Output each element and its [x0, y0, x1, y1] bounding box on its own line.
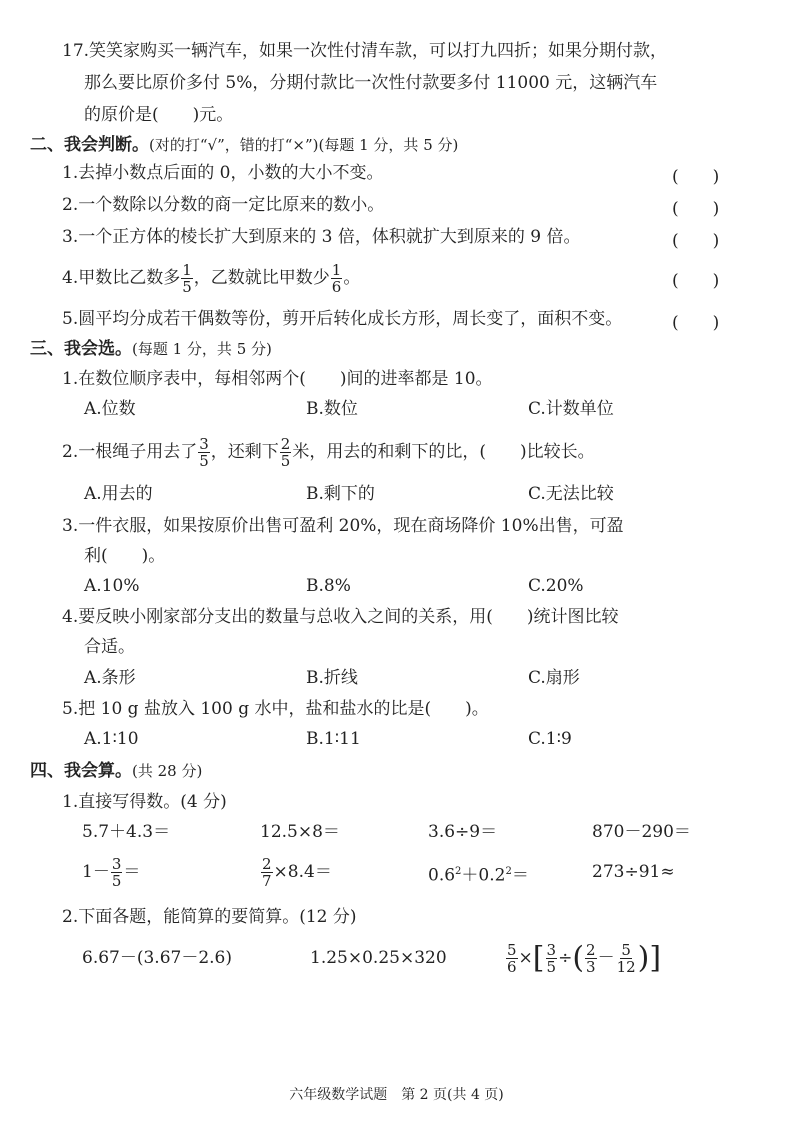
section4-heading: 四、我会算。(共 28 分): [30, 760, 202, 782]
calc-expr: 870－290＝: [592, 821, 691, 843]
choice-q4-option-b[interactable]: B.折线: [306, 667, 358, 689]
fraction: 15: [181, 262, 193, 295]
choice-q3-line1: 3.一件衣服，如果按原价出售可盈利 20%，现在商场降价 10%出售，可盈: [62, 515, 624, 537]
choice-q3-line2: 利( )。: [84, 545, 165, 567]
choice-q4-line1: 4.要反映小刚家部分支出的数量与总收入之间的关系，用( )统计图比较: [62, 606, 618, 628]
fraction: 27: [261, 856, 273, 889]
judge-item-3: 3.一个正方体的棱长扩大到原来的 3 倍，体积就扩大到原来的 9 倍。: [62, 226, 580, 248]
fraction: 23: [585, 942, 597, 975]
choice-q3-option-c[interactable]: C.20%: [528, 575, 584, 597]
calc-expr: 0.62＋0.22＝: [428, 852, 529, 896]
calc-expr: 1－35＝: [82, 852, 140, 892]
choice-q2-option-b[interactable]: B.剩下的: [306, 483, 375, 505]
choice-q1: 1.在数位顺序表中，每相邻两个( )间的进率都是 10。: [62, 368, 493, 390]
choice-q5: 5.把 10 g 盐放入 100 g 水中，盐和盐水的比是( )。: [62, 698, 489, 720]
judge-item-4: 4.甲数比乙数多15，乙数就比甲数少16。: [62, 258, 360, 298]
calc-expr: 1.25×0.25×320: [310, 947, 447, 969]
fraction: 56: [506, 942, 518, 975]
choice-q2: 2.一根绳子用去了35，还剩下25米，用去的和剩下的比，( )比较长。: [62, 432, 595, 472]
section4-note: (共 28 分): [132, 762, 202, 780]
fraction: 16: [331, 262, 343, 295]
judge-item-5: 5.圆平均分成若干偶数等份，剪开后转化成长方形，周长变了，面积不变。: [62, 308, 622, 330]
fraction: 35: [198, 436, 210, 469]
calc-expr: 3.6÷9＝: [428, 821, 497, 843]
choice-q5-option-a[interactable]: A.1∶10: [84, 728, 139, 750]
choice-q1-option-b[interactable]: B.数位: [306, 398, 358, 420]
choice-q4-option-c[interactable]: C.扇形: [528, 667, 580, 689]
choice-q3-option-b[interactable]: B.8%: [306, 575, 351, 597]
choice-q1-option-c[interactable]: C.计数单位: [528, 398, 614, 420]
choice-q5-option-b[interactable]: B.1∶11: [306, 728, 361, 750]
choice-q2-option-c[interactable]: C.无法比较: [528, 483, 614, 505]
section2-heading: 二、我会判断。(对的打“√”，错的打“×”)(每题 1 分，共 5 分): [30, 134, 458, 156]
section3-title: 三、我会选。: [30, 339, 132, 359]
section3-heading: 三、我会选。(每题 1 分，共 5 分): [30, 338, 272, 360]
page-footer: 六年级数学试题 第 2 页(共 4 页): [0, 1084, 793, 1104]
fraction: 512: [616, 942, 637, 975]
calc-part1-title: 1.直接写得数。(4 分): [62, 791, 227, 813]
choice-q2-option-a[interactable]: A.用去的: [84, 483, 153, 505]
choice-q4-line2: 合适。: [84, 636, 135, 658]
section3-note: (每题 1 分，共 5 分): [132, 340, 272, 358]
choice-q1-option-a[interactable]: A.位数: [84, 398, 136, 420]
q17-line1: 17.笑笑家购买一辆汽车，如果一次性付清车款，可以打九四折；如果分期付款，: [62, 40, 667, 62]
judge-item-2: 2.一个数除以分数的商一定比原来的数小。: [62, 194, 384, 216]
section2-note: (对的打“√”，错的打“×”)(每题 1 分，共 5 分): [149, 136, 458, 154]
judge-answer-4[interactable]: ( ): [672, 266, 719, 291]
section4-title: 四、我会算。: [30, 761, 132, 781]
fraction: 35: [111, 856, 123, 889]
calc-expr: 5.7＋4.3＝: [82, 821, 170, 843]
judge-answer-1[interactable]: ( ): [672, 162, 719, 187]
choice-q4-option-a[interactable]: A.条形: [84, 667, 136, 689]
choice-q3-option-a[interactable]: A.10%: [84, 575, 139, 597]
judge-item-1: 1.去掉小数点后面的 0，小数的大小不变。: [62, 162, 383, 184]
calc-expr: 27×8.4＝: [260, 852, 332, 892]
calc-expr: 273÷91≈: [592, 852, 675, 892]
calc-expr: 12.5×8＝: [260, 821, 340, 843]
fraction: 25: [280, 436, 292, 469]
calc-expr: 6.67－(3.67－2.6): [82, 947, 232, 969]
calc-expr: 56×[35÷(23－512)]: [505, 936, 661, 980]
judge-answer-3[interactable]: ( ): [672, 226, 719, 251]
q17-line2: 那么要比原价多付 5%，分期付款比一次性付款要多付 11000 元，这辆汽车: [84, 72, 657, 94]
calc-part2-title: 2.下面各题，能简算的要简算。(12 分): [62, 906, 357, 928]
section2-title: 二、我会判断。: [30, 135, 149, 155]
q17-line3: 的原价是( )元。: [84, 104, 233, 126]
judge-answer-5[interactable]: ( ): [672, 308, 719, 333]
choice-q5-option-c[interactable]: C.1∶9: [528, 728, 572, 750]
fraction: 35: [546, 942, 558, 975]
judge-answer-2[interactable]: ( ): [672, 194, 719, 219]
